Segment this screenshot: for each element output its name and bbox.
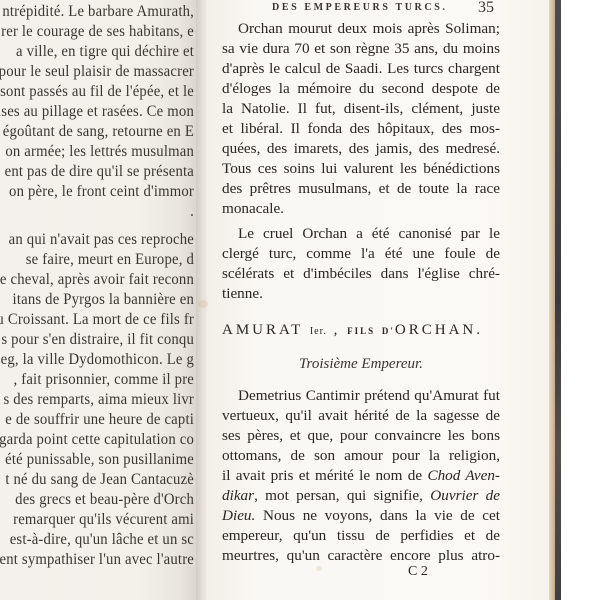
foxing-stain [198,300,208,308]
text-line: t né du sang de Jean Cantacuzè [0,470,194,490]
text-line: rer le courage de ses habitans, e [0,22,194,42]
text-line: ntrépidité. Le barbare Amurath, [0,2,194,22]
text-line: sa vie dura 70 et son règne 35 ans, du m… [222,39,500,59]
heading-ordinal: Ier. [310,326,327,337]
chapter-heading: AMURAT Ier. , FILS D'ORCHAN. [222,320,500,340]
text-line: , fait prisonnier, comme il pre [0,370,194,390]
text-line: empereur, qu'un tissu de perfidies et de [222,526,500,546]
italic-span: Ouvrier de [430,487,500,504]
text-line: des grecs et beau-père d'Orch [0,490,194,510]
text-line: scélérats et d'imbéciles dans l'église c… [222,264,500,284]
text-line: meurtres, qu'un caractère encore plus at… [222,546,500,566]
text-line: s pour s'en distraire, il fit conqu [0,330,194,350]
text-line: se faire, meurt en Europe, d [0,250,194,270]
text-line: e de souffrir une heure de capti [0,410,194,430]
text-line: est-à-dire, qu'un lâche et un sc [0,530,194,550]
text-line: s sont passés au fil de l'épée, et le [0,82,194,102]
book-cover-edge [555,0,561,600]
left-page-text: ntrépidité. Le barbare Amurath,rer le co… [0,2,194,570]
text-line: d'après le calcul de Saadi. Les turcs ch… [222,59,500,79]
text-line: clergé turc, comme l'a été une foule de [222,244,500,264]
text-line: et libéral. Il fonda des hôpitaux, des m… [222,119,500,139]
text-line: Orchan mourut deux mois après Soliman; [222,19,500,39]
left-page: ntrépidité. Le barbare Amurath,rer le co… [0,0,200,600]
text-span: , mot persan, qui signifie, [254,487,430,504]
text-line: il avait pris et mérité le nom de Chod A… [222,466,500,486]
text-line: Demetrius Cantimir prétend qu'Amurat fut [222,386,500,406]
text-line: ottomans, de son amour pour la religion, [222,446,500,466]
text-line: d'éloges la mémoire du second despote de [222,79,500,99]
text-line: garda point cette capitulation co [0,430,194,450]
text-line: égoûtant de sang, retourne en E [0,122,194,142]
text-line: été punissable, son pusillanime [0,450,194,470]
running-head-title: DES EMPEREURS TURCS. [272,2,447,13]
text-line: . [0,202,194,222]
text-line: s mises au pillage et rasées. Ce mon [0,102,194,122]
heading-separator: , [334,322,341,338]
text-line: itans de Pyrgos la bannière en [0,290,194,310]
text-line: la Natolie. Il fut, disent-ils, clément,… [222,99,500,119]
italic-span: dikar [222,487,254,504]
text-line: pour le seul plaisir de massacrer [0,62,194,82]
text-line: dikar, mot persan, qui signifie, Ouvrier… [222,486,500,506]
text-line: vertueux, qu'il avait hérité de la sages… [222,406,500,426]
italic-span: Chod Aven- [427,467,500,484]
text-line: Le cruel Orchan a été canonisé par le [222,224,500,244]
text-line: e cheval, après avoir fait reconn [0,270,194,290]
heading-fils: FILS [347,326,375,336]
text-line: ent sympathiser l'un avec l'autre [0,550,194,570]
heading-name: AMURAT [222,322,303,338]
heading-of: D' [382,326,395,336]
heading-father: ORCHAN. [395,322,483,338]
foxing-stain [316,566,322,571]
text-line: quées, des imarets, des jamis, des medre… [222,139,500,159]
subheading: Troisième Empereur. [222,356,500,373]
text-line: des prêtres musulmans, et de toute la ra… [222,179,500,199]
signature-mark: C 2 [408,564,428,580]
text-line: ses pères, et que, pour convaincre les b… [222,426,500,446]
text-line: s des remparts, aima mieux livr [0,390,194,410]
text-line: ent pas de dire qu'il se présenta [0,162,194,182]
page-number: 35 [478,0,494,17]
text-line: on armée; les lettrés musulman [0,142,194,162]
open-book: ntrépidité. Le barbare Amurath,rer le co… [0,0,600,600]
text-span: Nous ne voyons, dans la vie de cet [255,507,500,524]
text-line: remarquer qu'ils vécurent ami [0,510,194,530]
text-line: du Croissant. La mort de ce fils fr [0,310,194,330]
text-line: an qui n'avait pas ces reproche [0,230,194,250]
text-line: ebeg, la ville Dydomothicon. Le g [0,350,194,370]
italic-span: Dieu. [222,507,255,524]
text-line: a ville, en tigre qui déchire et [0,42,194,62]
running-head: DES EMPEREURS TURCS. 35 [222,0,500,18]
text-line: Dieu. Nous ne voyons, dans la vie de cet [222,506,500,526]
text-span: il avait pris et mérité le nom de [222,467,427,484]
text-line: monacale. [222,199,500,219]
text-line: tienne. [222,284,500,304]
text-line: Tous ces soins lui valurent les bénédict… [222,159,500,179]
text-line: on père, le front ceint d'immor [0,182,194,202]
